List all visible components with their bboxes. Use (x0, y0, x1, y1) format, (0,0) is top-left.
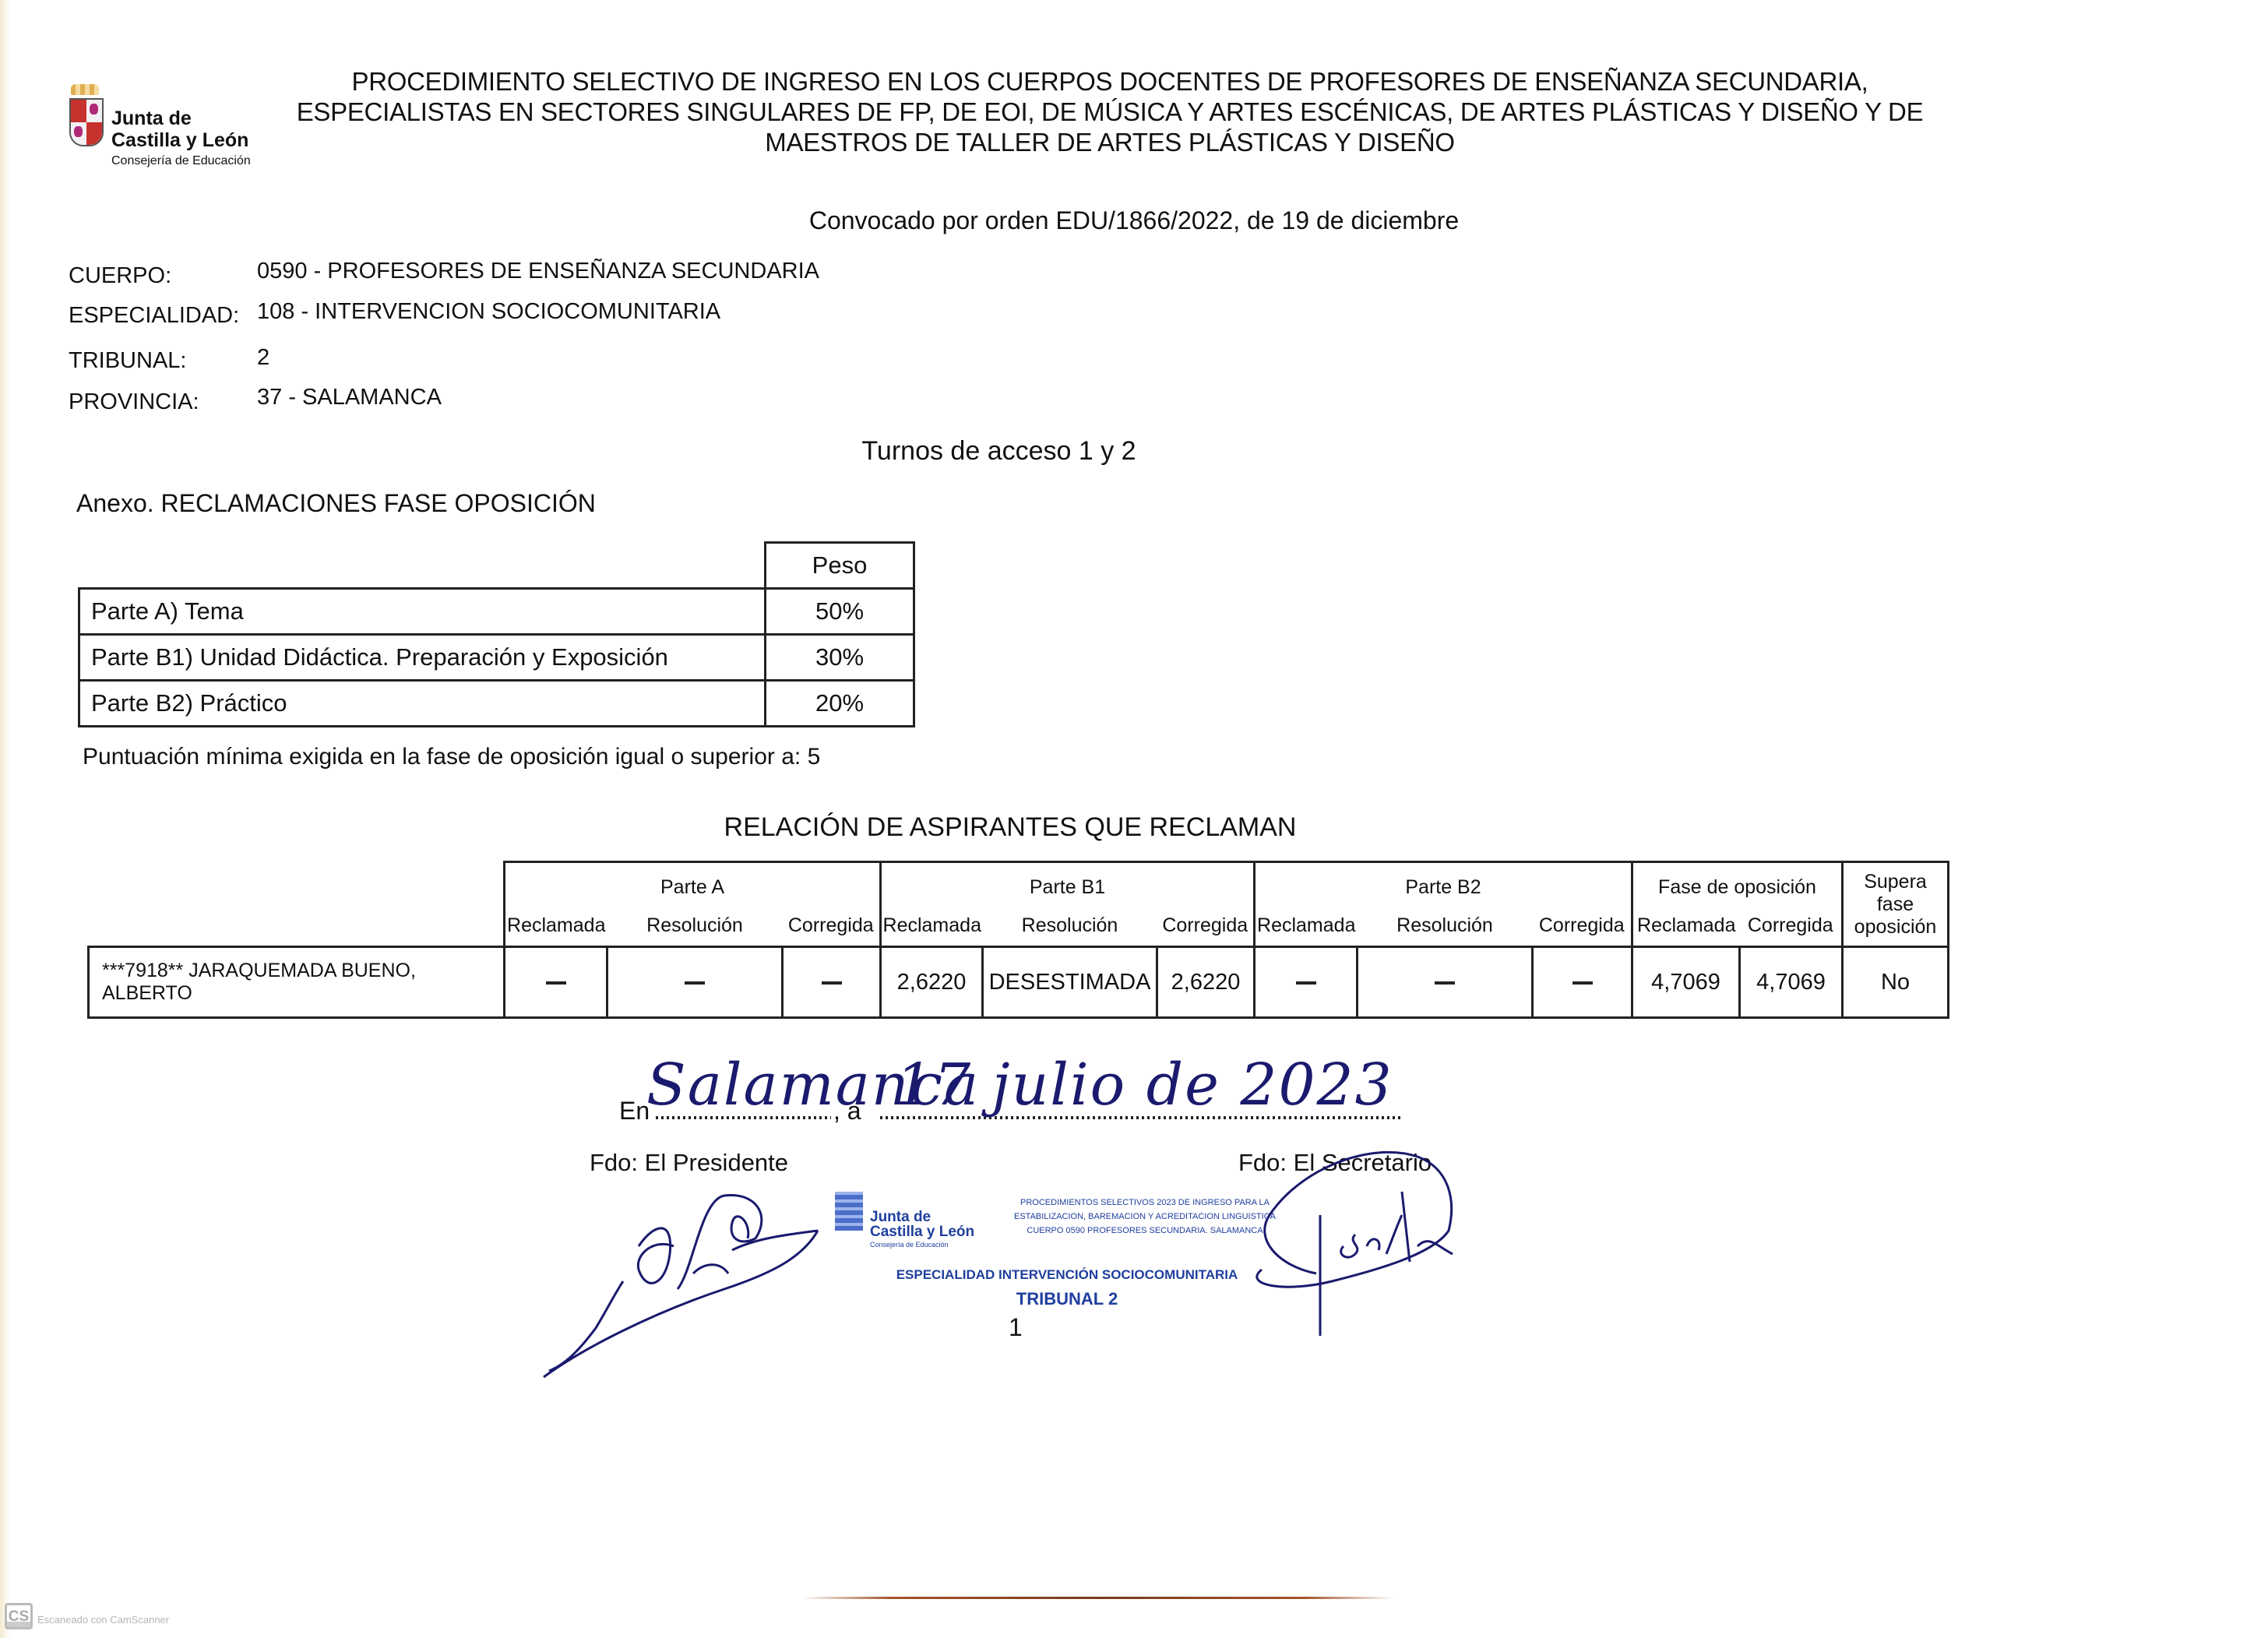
convocatoria-text: Convocado por orden EDU/1866/2022, de 19… (0, 206, 2268, 235)
especialidad-label: ESPECIALIDAD: (69, 303, 239, 329)
page-number: 1 (1009, 1313, 1023, 1342)
stamp-logo-line-3: Consejería de Educación (870, 1241, 949, 1249)
b1-corregida: 2,6220 (1157, 947, 1255, 1018)
title-line-3: MAESTROS DE TALLER DE ARTES PLÁSTICAS Y … (273, 127, 1947, 157)
president-label: Fdo: El Presidente (590, 1149, 788, 1177)
minimum-score-note: Puntuación mínima exigida en la fase de … (83, 744, 820, 770)
applicant-name: ***7918** JARAQUEMADA BUENO, ALBERTO (89, 947, 505, 1018)
document-title: PROCEDIMIENTO SELECTIVO DE INGRESO EN LO… (273, 66, 1947, 157)
group-supera: Supera fase oposición (1843, 862, 1949, 947)
claims-heading: RELACIÓN DE ASPIRANTES QUE RECLAMAN (0, 812, 2020, 843)
camscanner-watermark: Escaneado con CamScanner (37, 1614, 169, 1626)
b2-reclamada (1255, 947, 1358, 1018)
cuerpo-label: CUERPO: (69, 263, 171, 289)
coat-of-arms-icon (69, 98, 104, 146)
turnos-text: Turnos de acceso 1 y 2 (0, 436, 1998, 467)
b2-resolucion (1358, 947, 1533, 1018)
signature-en: En (619, 1097, 650, 1125)
b2-corregida (1533, 947, 1632, 1018)
group-parte-b1: Parte B1 (881, 862, 1255, 906)
logo-line-3: Consejería de Educación (111, 154, 251, 168)
fase-reclamada: 4,7069 (1632, 947, 1740, 1018)
junta-logo: Junta de Castilla y León Consejería de E… (66, 84, 269, 178)
group-fase: Fase de oposición (1632, 862, 1843, 906)
group-parte-a: Parte A (505, 862, 881, 906)
especialidad-value: 108 - INTERVENCION SOCIOCOMUNITARIA (257, 299, 720, 325)
camscanner-badge-icon: CS (5, 1603, 33, 1629)
claims-table: Parte A Parte B1 Parte B2 Fase de oposic… (87, 861, 1949, 1019)
group-parte-b2: Parte B2 (1255, 862, 1632, 906)
stamp-especialidad: ESPECIALIDAD INTERVENCIÓN SOCIOCOMUNITAR… (896, 1267, 1238, 1283)
a-resolucion (607, 947, 783, 1018)
table-row: ***7918** JARAQUEMADA BUENO, ALBERTO 2,6… (89, 947, 1949, 1018)
logo-line-1: Junta de (111, 107, 192, 129)
fase-corregida: 4,7069 (1740, 947, 1843, 1018)
stamp-text: PROCEDIMIENTOS SELECTIVOS 2023 DE INGRES… (989, 1196, 1301, 1238)
stamp-logo-line-1: Junta de (870, 1210, 931, 1225)
stamp-logo-line-2: Castilla y León (870, 1224, 974, 1240)
table-row: Parte B2) Práctico 20% (79, 681, 914, 727)
handwritten-date: 17 julio de 2023 (896, 1051, 1393, 1118)
secretary-signature-icon (1238, 1137, 1472, 1340)
table-row: Parte A) Tema 50% (79, 589, 914, 635)
table-row: Parte B1) Unidad Didáctica. Preparación … (79, 635, 914, 681)
a-corregida (783, 947, 881, 1018)
b1-reclamada: 2,6220 (881, 947, 983, 1018)
tribunal-label: TRIBUNAL: (69, 348, 186, 374)
provincia-value: 37 - SALAMANCA (257, 385, 442, 410)
tribunal-value: 2 (257, 345, 269, 371)
cuerpo-value: 0590 - PROFESORES DE ENSEÑANZA SECUNDARI… (257, 259, 819, 284)
scan-artifact-line (802, 1597, 1394, 1599)
title-line-1: PROCEDIMIENTO SELECTIVO DE INGRESO EN LO… (273, 66, 1947, 97)
logo-line-2: Castilla y León (111, 129, 248, 151)
stamp-tribunal: TRIBUNAL 2 (974, 1289, 1160, 1309)
weights-table: Peso Parte A) Tema 50% Parte B1) Unidad … (78, 541, 915, 727)
president-signature-icon (537, 1176, 833, 1386)
stamp-coat-of-arms-icon (835, 1192, 863, 1231)
anexo-heading: Anexo. RECLAMACIONES FASE OPOSICIÓN (76, 489, 596, 518)
peso-header: Peso (766, 543, 914, 589)
title-line-2: ESPECIALISTAS EN SECTORES SINGULARES DE … (273, 97, 1947, 127)
supera-value: No (1843, 947, 1949, 1018)
provincia-label: PROVINCIA: (69, 389, 199, 415)
crown-icon (71, 84, 99, 95)
b1-resolucion: DESESTIMADA (983, 947, 1157, 1018)
a-reclamada (505, 947, 607, 1018)
